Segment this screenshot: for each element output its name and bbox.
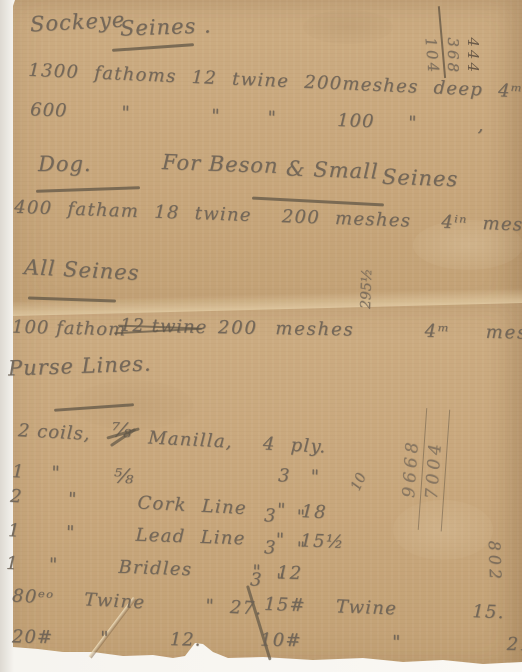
corner-sum-row: 368 <box>443 7 463 79</box>
dog-subtitle-part1: For Beson <box>162 150 279 178</box>
section-title-dog: Dog. <box>38 152 92 176</box>
section-title-purse-lines: Purse Lines. <box>8 352 152 381</box>
purse-row-qty: 2 coils, <box>18 420 92 445</box>
purse-row-item: 20# " 12. <box>12 626 202 650</box>
paper-stain <box>303 10 393 44</box>
purse-row-size: 3 " <box>278 465 321 487</box>
margin-number-ink: 802 <box>485 540 506 587</box>
purse-row-size: 3 " <box>264 505 307 527</box>
side-number: 295½ <box>358 251 376 310</box>
scanned-note: Sockeye Seines . 444 368 104 1300 fathom… <box>0 0 522 672</box>
corner-addition: 444 368 104 <box>421 7 483 79</box>
all-seines-spec-start: 100 fathom <box>12 317 127 341</box>
purse-row-size: 3 " <box>250 569 286 591</box>
dog-subtitle-part2: & Small <box>286 156 379 183</box>
corner-sum-row: 444 <box>463 7 483 79</box>
section-title-sockeye: Sockeye <box>29 8 125 37</box>
purse-row-qty: 1 " <box>12 461 61 484</box>
margin-addition: 9668 7004 <box>396 407 450 532</box>
purse-row-fraction: ⅝ <box>114 464 135 489</box>
purse-row-size: 3 " <box>264 537 307 559</box>
section-title-sockeye-seines: Seines . <box>120 13 212 40</box>
corner-sum-row: 104 <box>418 6 446 80</box>
dog-subtitle-part3: Seines <box>382 165 459 192</box>
